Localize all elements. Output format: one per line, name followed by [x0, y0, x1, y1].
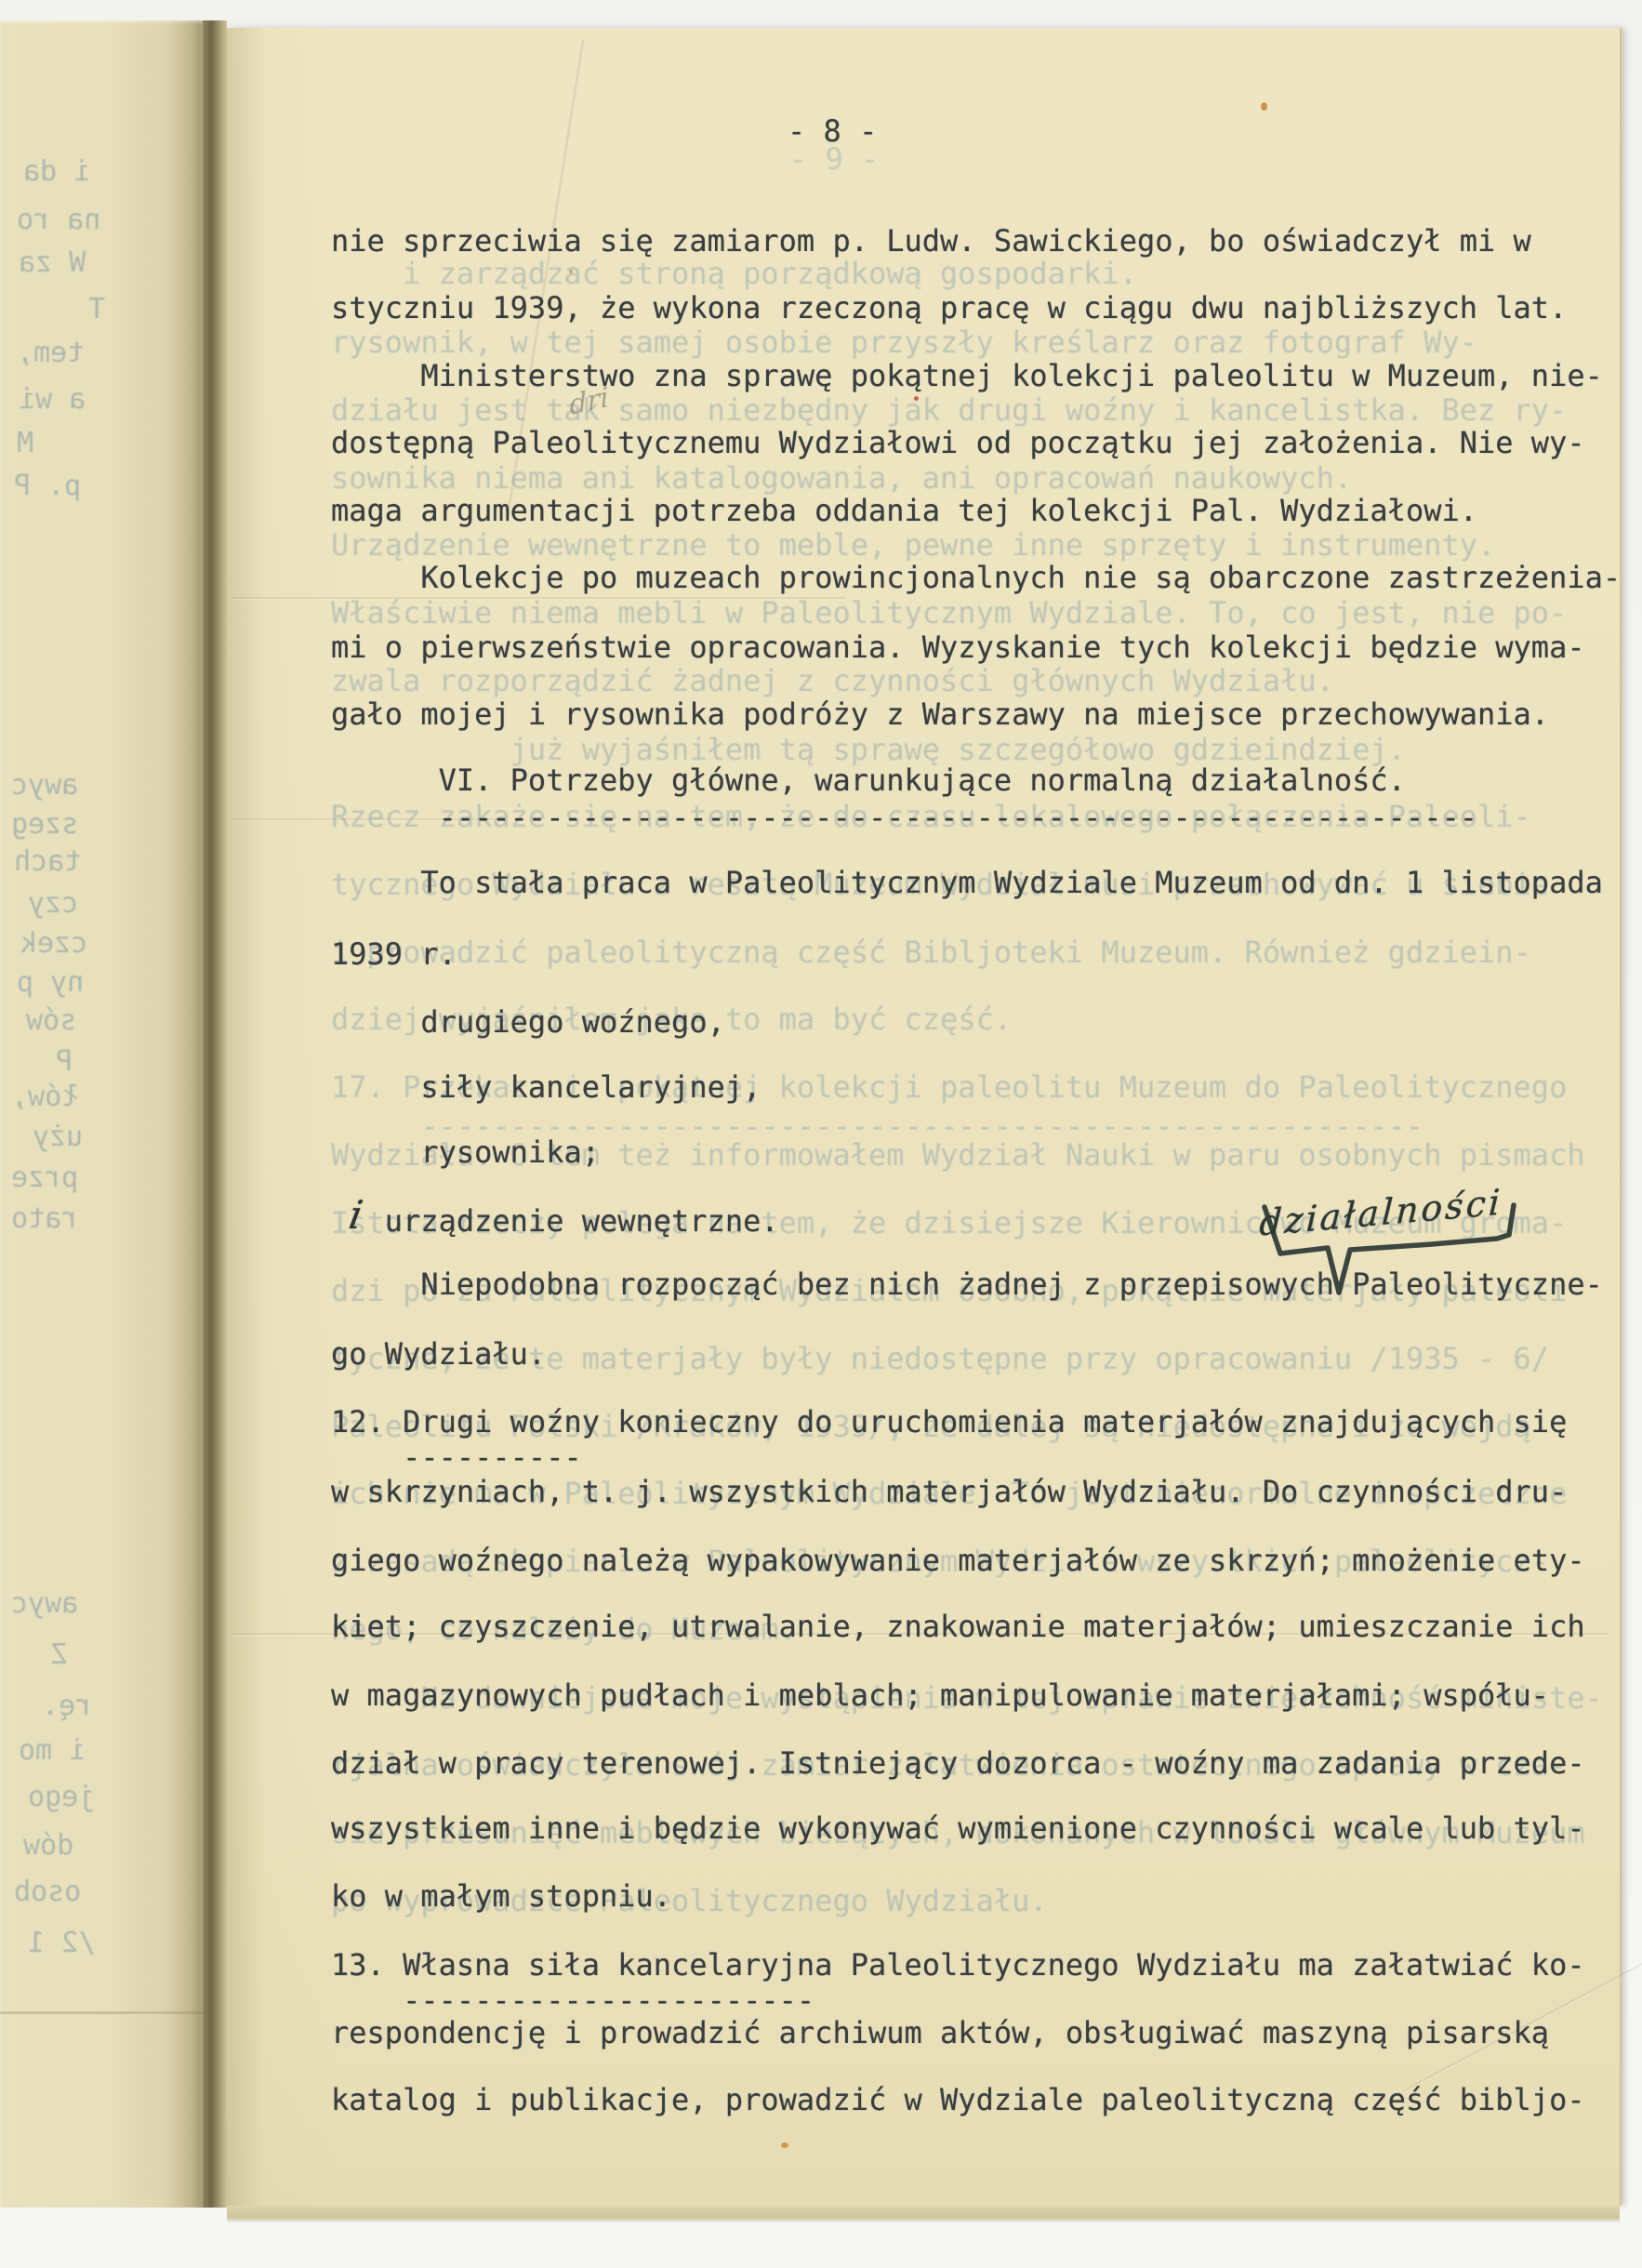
mirrored-text-fragment: prze [11, 1164, 78, 1192]
typed-rule: ----------------------------------------… [331, 802, 1477, 832]
typed-line: go Wydziału. [331, 1339, 546, 1369]
mirrored-text-fragment: na ro [17, 206, 100, 234]
ghost-line: Właściwie niema mebli w Paleolitycznym W… [331, 598, 1567, 628]
typed-line: urządzenie wewnętrzne. [331, 1206, 779, 1236]
ghost-line: działu jest tak samo niezbędny jak drugi… [331, 395, 1567, 425]
mirrored-text-fragment: awyc [11, 1590, 78, 1618]
typed-line: mi o pierwszeństwie opracowania. Wyzyska… [331, 632, 1585, 662]
mirrored-text-fragment: osob [14, 1878, 81, 1906]
ghost-line: i zarządzać stroną porządkową gospodarki… [331, 259, 1137, 288]
typed-line: giego woźnego należą wypakowywanie mater… [331, 1545, 1585, 1575]
page-number: - 8 - [788, 113, 877, 149]
mirrored-text-fragment: i da [23, 158, 90, 186]
typed-line: wszystkiem inne i będzie wykonywać wymie… [331, 1813, 1585, 1843]
handwritten-annotation: działalności [1246, 1190, 1525, 1311]
typed-line: ko w małym stopniu. [331, 1881, 671, 1911]
ghost-line: rysownik, w tej samej osobie przyszły kr… [331, 327, 1477, 357]
mirrored-text-fragment: i mo [19, 1737, 86, 1765]
mirrored-text-fragment: tem, [17, 339, 84, 367]
mirrored-text-fragment: W za [19, 249, 86, 277]
typed-line: w magazynowych pudłach i meblach; manipu… [331, 1680, 1549, 1710]
mirrored-text-fragment: Z [51, 1641, 68, 1669]
typed-line: w skrzyniach, t. j. wszystkich materjałó… [331, 1477, 1567, 1506]
mirrored-text-fragment: T [88, 296, 105, 324]
typed-line: 12. Drugi woźny konieczny do uruchomieni… [331, 1407, 1567, 1437]
ghost-line: sownika niema ani katalogowania, ani opr… [331, 463, 1352, 493]
mirrored-text-fragment: tach [14, 848, 81, 876]
mirrored-text-fragment: szeg [11, 811, 78, 839]
mirrored-text-fragment: M [17, 430, 33, 458]
paper-speck [781, 2142, 788, 2148]
ghost-line: Urządzenie wewnętrzne to meble, pewne in… [331, 530, 1495, 560]
mirrored-text-fragment: a wi [19, 386, 86, 414]
typed-line: 13. Własna siła kancelaryjna Paleolitycz… [331, 1950, 1585, 1980]
mirrored-text-fragment: jego [28, 1784, 95, 1811]
paper-speck [569, 270, 573, 273]
ghost-line: i prowadzić paleolityczną część Bibljote… [331, 937, 1531, 967]
typed-line: maga argumentacji potrzeba oddania tej k… [331, 496, 1477, 525]
typed-line: nie sprzeciwia się zamiarom p. Ludw. Saw… [331, 226, 1531, 256]
typed-line: To stała praca w Paleolitycznym Wydziale… [331, 868, 1603, 897]
typed-line: rysownika; [331, 1137, 600, 1167]
typed-rule: ---------- [331, 1442, 582, 1472]
page-bottom-edge [227, 2206, 1620, 2222]
typed-line: gało mojej i rysownika podróży z Warszaw… [331, 699, 1549, 729]
scanned-document: i dana roW zaTtem,a wiMp. Pawycszegtachc… [0, 0, 1642, 2268]
ghost-line: zwala rozporządzić żadnej z czynności gł… [331, 666, 1334, 696]
mirrored-text-fragment: ny p [17, 969, 84, 997]
typed-line: Ministerstwo zna sprawę pokątnej kolekcj… [331, 361, 1603, 391]
typed-line: dział w pracy terenowej. Istniejący dozo… [331, 1748, 1585, 1778]
ghost-line: już wyjaśniłem tą sprawę szczegółowo gdz… [331, 735, 1406, 764]
typed-line: styczniu 1939, że wykona rzeczoną pracę … [331, 293, 1567, 323]
mirrored-text-fragment: łów, [11, 1083, 78, 1111]
typed-line: VI. Potrzeby główne, warunkujące normaln… [331, 765, 1406, 795]
left-page-bottom-edge [0, 2011, 203, 2014]
page-fold-gutter [203, 20, 227, 2208]
mirrored-text-fragment: rę. [42, 1692, 92, 1720]
mirrored-text-fragment: rato [11, 1205, 78, 1233]
paper-speck [1261, 102, 1267, 111]
mirrored-text-fragment: p. P [14, 472, 81, 500]
mirrored-text-fragment: czek [20, 930, 87, 958]
typed-line: katalog i publikacje, prowadzić w Wydzia… [331, 2085, 1585, 2115]
typed-line: 1939 r. [331, 939, 457, 969]
typed-line: siły kancelaryjnej, [331, 1072, 761, 1102]
mirrored-text-fragment: uży [33, 1123, 83, 1151]
mirrored-text-fragment: awyc [11, 772, 78, 800]
typed-rule: ----------------------- [331, 1985, 814, 2015]
mirrored-text-fragment: sów [26, 1007, 76, 1035]
typed-line: Kolekcje po muzeach prowincjonalnych nie… [331, 563, 1621, 592]
mirrored-text-fragment: P [56, 1048, 73, 1076]
typed-line: respondencję i prowadzić archiwum aktów,… [331, 2018, 1549, 2048]
typed-line: kiet; czyszczenie, utrwalanie, znakowani… [331, 1611, 1585, 1641]
typed-line: dostępną Paleolitycznemu Wydziałowi od p… [331, 428, 1585, 458]
mirrored-text-fragment: dów [23, 1832, 73, 1860]
typed-line: drugiego woźnego, [331, 1007, 725, 1037]
mirrored-text-fragment: czy [28, 890, 78, 918]
paper-speck [914, 396, 919, 401]
mirrored-text-fragment: /2 1 [28, 1930, 95, 1957]
